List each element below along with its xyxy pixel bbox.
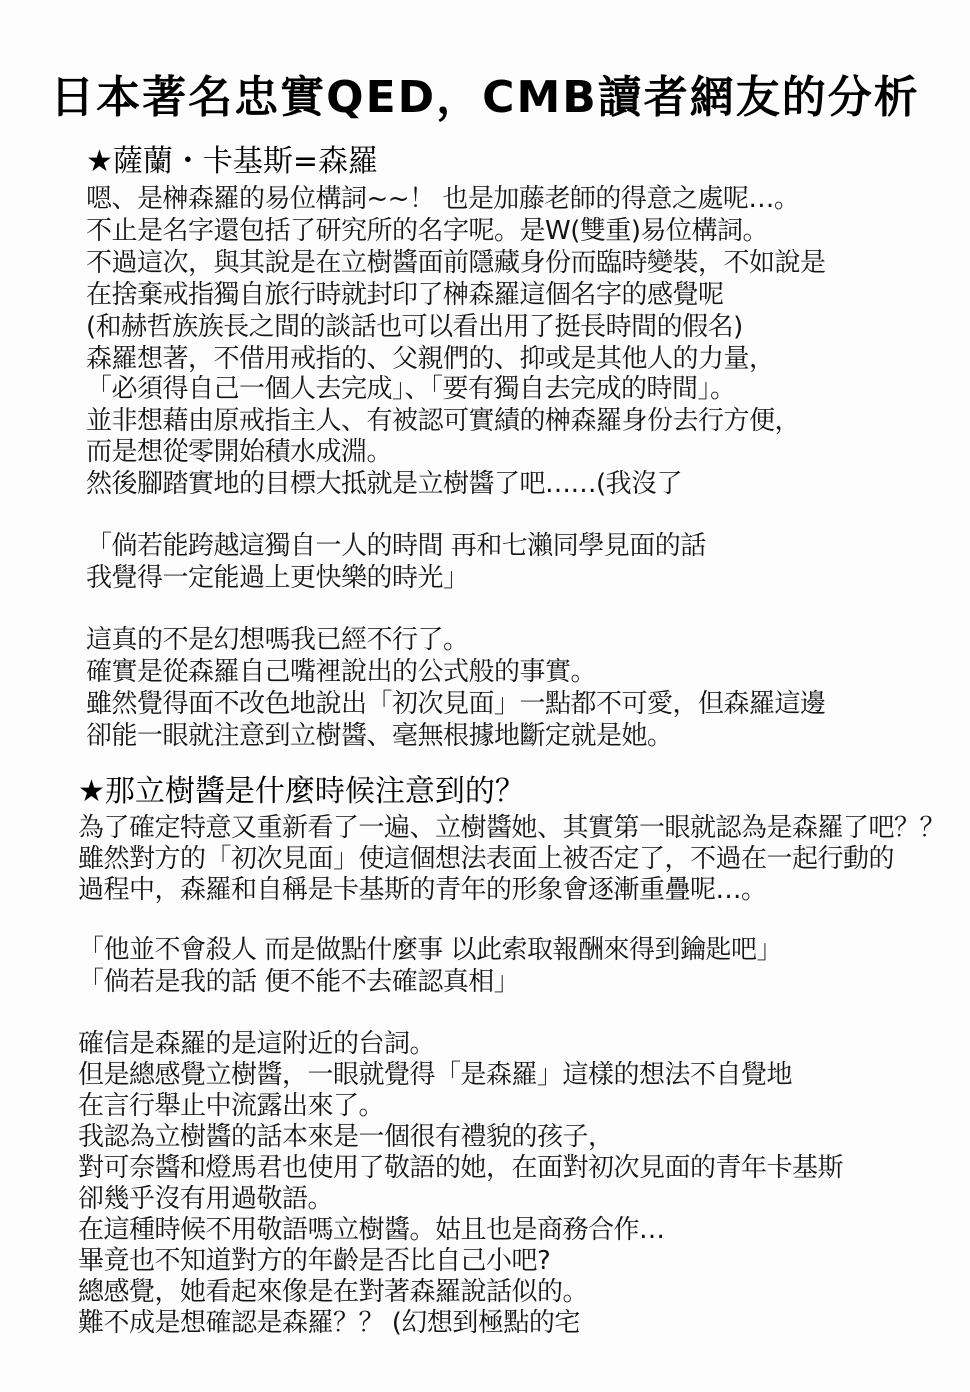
paragraph-line: 我認為立樹醬的話本來是一個很有禮貌的孩子， xyxy=(78,1122,614,1152)
paragraph-line: 「必須得自己一個人去完成」、「要有獨自去完成的時間」。 xyxy=(86,374,736,404)
paragraph-line: (和赫哲族族長之間的談話也可以看出用了挺長時間的假名) xyxy=(86,312,743,342)
paragraph-line: 在捨棄戒指獨自旅行時就封印了榊森羅這個名字的感覺呢 xyxy=(86,280,724,310)
quote-line: 「倘若能跨越這獨自一人的時間 再和七瀨同學見面的話 xyxy=(86,531,706,561)
paragraph-line: 雖然對方的「初次見面」使這個想法表面上被否定了，不過在一起行動的 xyxy=(78,844,894,874)
quote-line: 我覺得一定能過上更快樂的時光」 xyxy=(86,563,469,593)
paragraph-line: 嗯、是榊森羅的易位構詞~~！ 也是加藤老師的得意之處呢…。 xyxy=(86,184,799,214)
paragraph-line: 不止是名字還包括了研究所的名字呢。是W(雙重)易位構詞。 xyxy=(86,216,768,246)
section-heading: ★薩蘭・卡基斯=森羅 xyxy=(86,144,378,180)
paragraph-line: 不過這次，與其說是在立樹醬面前隱藏身份而臨時變裝，不如說是 xyxy=(86,248,826,278)
paragraph-line: 在這種時候不用敬語嗎立樹醬。姑且也是商務合作… xyxy=(78,1215,665,1245)
paragraph-line: 難不成是想確認是森羅？？ (幻想到極點的宅 xyxy=(78,1308,580,1338)
quote-line: 「倘若是我的話 便不能不去確認真相」 xyxy=(78,967,519,997)
quote-line: 「他並不會殺人 而是做點什麼事 以此索取報酬來得到鑰匙吧」 xyxy=(78,935,782,965)
paragraph-line: 然後腳踏實地的目標大抵就是立樹醬了吧……(我沒了 xyxy=(86,469,682,499)
paragraph-line: 這真的不是幻想嗎我已經不行了。 xyxy=(86,625,469,655)
paragraph-line: 為了確定特意又重新看了一遍、立樹醬她、其實第一眼就認為是森羅了吧？？ xyxy=(78,813,945,843)
paragraph-line: 對可奈醬和燈馬君也使用了敬語的她，在面對初次見面的青年卡基斯 xyxy=(78,1153,843,1183)
paragraph-line: 畢竟也不知道對方的年齡是否比自己小吧? xyxy=(78,1246,550,1276)
page-title: 日本著名忠實QED，CMB讀者網友的分析 xyxy=(0,70,970,126)
paragraph-line: 森羅想著，不借用戒指的、父親們的、抑或是其他人的力量， xyxy=(86,344,775,374)
paragraph-line: 確信是森羅的是這附近的台詞。 xyxy=(78,1029,435,1059)
paragraph-line: 確實是從森羅自己嘴裡說出的公式般的事實。 xyxy=(86,657,596,687)
paragraph-line: 過程中，森羅和自稱是卡基斯的青年的形象會逐漸重疊呢…。 xyxy=(78,875,767,905)
paragraph-line: 雖然覺得面不改色地說出「初次見面」一點都不可愛，但森羅這邊 xyxy=(86,689,826,719)
paragraph-line: 而是想從零開始積水成淵。 xyxy=(86,437,392,467)
paragraph-line: 總感覺，她看起來像是在對著森羅說話似的。 xyxy=(78,1277,588,1307)
paragraph-line: 但是總感覺立樹醬，一眼就覺得「是森羅」這樣的想法不自覺地 xyxy=(78,1060,792,1090)
paragraph-line: 在言行舉止中流露出來了。 xyxy=(78,1091,384,1121)
paragraph-line: 卻能一眼就注意到立樹醬、毫無根據地斷定就是她。 xyxy=(86,721,673,751)
paragraph-line: 並非想藉由原戒指主人、有被認可實績的榊森羅身份去行方便， xyxy=(86,406,800,436)
paragraph-line: 卻幾乎沒有用過敬語。 xyxy=(78,1184,333,1214)
section-heading: ★那立樹醬是什麼時候注意到的？ xyxy=(78,774,525,810)
